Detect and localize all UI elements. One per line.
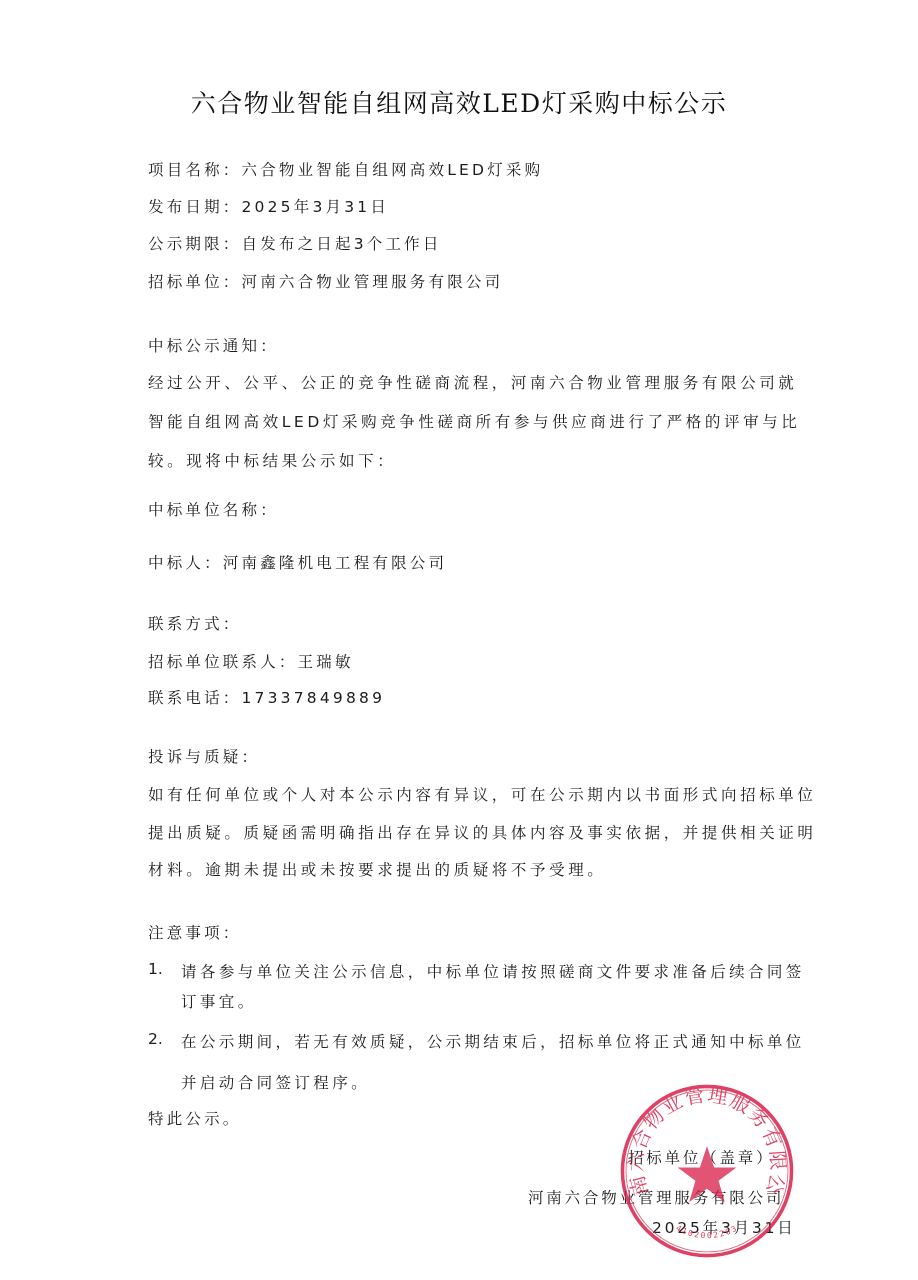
complaint-line: 材料。逾期未提出或未按要求提出的质疑将不予受理。 bbox=[148, 858, 606, 880]
notes-item-text: 并启动合同签订程序。 bbox=[181, 1071, 370, 1093]
winner-name: 中标人：河南鑫隆机电工程有限公司 bbox=[148, 551, 447, 573]
winner-heading: 中标单位名称： bbox=[148, 498, 279, 520]
publish-date: 发布日期：2025年3月31日 bbox=[148, 195, 389, 217]
project-name: 项目名称：六合物业智能自组网高效LED灯采购 bbox=[148, 158, 543, 180]
complaint-line: 提出质疑。质疑函需明确指出存在异议的具体内容及事实依据，并提供相关证明 bbox=[148, 821, 817, 843]
notice-period: 公示期限：自发布之日起3个工作日 bbox=[148, 232, 442, 254]
tenderer: 招标单位：河南六合物业管理服务有限公司 bbox=[148, 270, 503, 292]
signature-date: 2025年3月31日 bbox=[652, 1216, 796, 1238]
closing-text: 特此公示。 bbox=[148, 1107, 242, 1129]
contact-person: 招标单位联系人：王瑞敏 bbox=[148, 650, 354, 672]
contact-heading: 联系方式： bbox=[148, 612, 242, 634]
notice-line: 智能自组网高效LED灯采购竞争性磋商所有参与供应商进行了严格的评审与比 bbox=[148, 410, 800, 432]
notes-item-number: 1. bbox=[148, 960, 163, 978]
signature-label: 招标单位（盖章） bbox=[628, 1146, 774, 1168]
notes-item-text: 请各参与单位关注公示信息，中标单位请按照磋商文件要求准备后续合同签 bbox=[181, 960, 805, 982]
complaint-heading: 投诉与质疑： bbox=[148, 745, 260, 767]
notice-line: 经过公开、公平、公正的竞争性磋商流程，河南六合物业管理服务有限公司就 bbox=[148, 371, 797, 393]
signature-org: 河南六合物业管理服务有限公司 bbox=[528, 1186, 784, 1208]
notice-heading: 中标公示通知： bbox=[148, 334, 279, 356]
notes-item-text: 订事宜。 bbox=[181, 990, 257, 1012]
notes-item-text: 在公示期间，若无有效质疑，公示期结束后，招标单位将正式通知中标单位 bbox=[181, 1030, 805, 1052]
document-title: 六合物业智能自组网高效LED灯采购中标公示 bbox=[0, 84, 918, 120]
contact-phone: 联系电话：17337849889 bbox=[148, 686, 385, 708]
notice-line: 较。现将中标结果公示如下： bbox=[148, 449, 396, 471]
svg-text:河南六合物业管理服务有限公司: 河南六合物业管理服务有限公司 bbox=[618, 1082, 790, 1198]
notes-heading: 注意事项： bbox=[148, 921, 242, 943]
complaint-line: 如有任何单位或个人对本公示内容有异议，可在公示期内以书面形式向招标单位 bbox=[148, 783, 817, 805]
notes-item-number: 2. bbox=[148, 1030, 163, 1048]
